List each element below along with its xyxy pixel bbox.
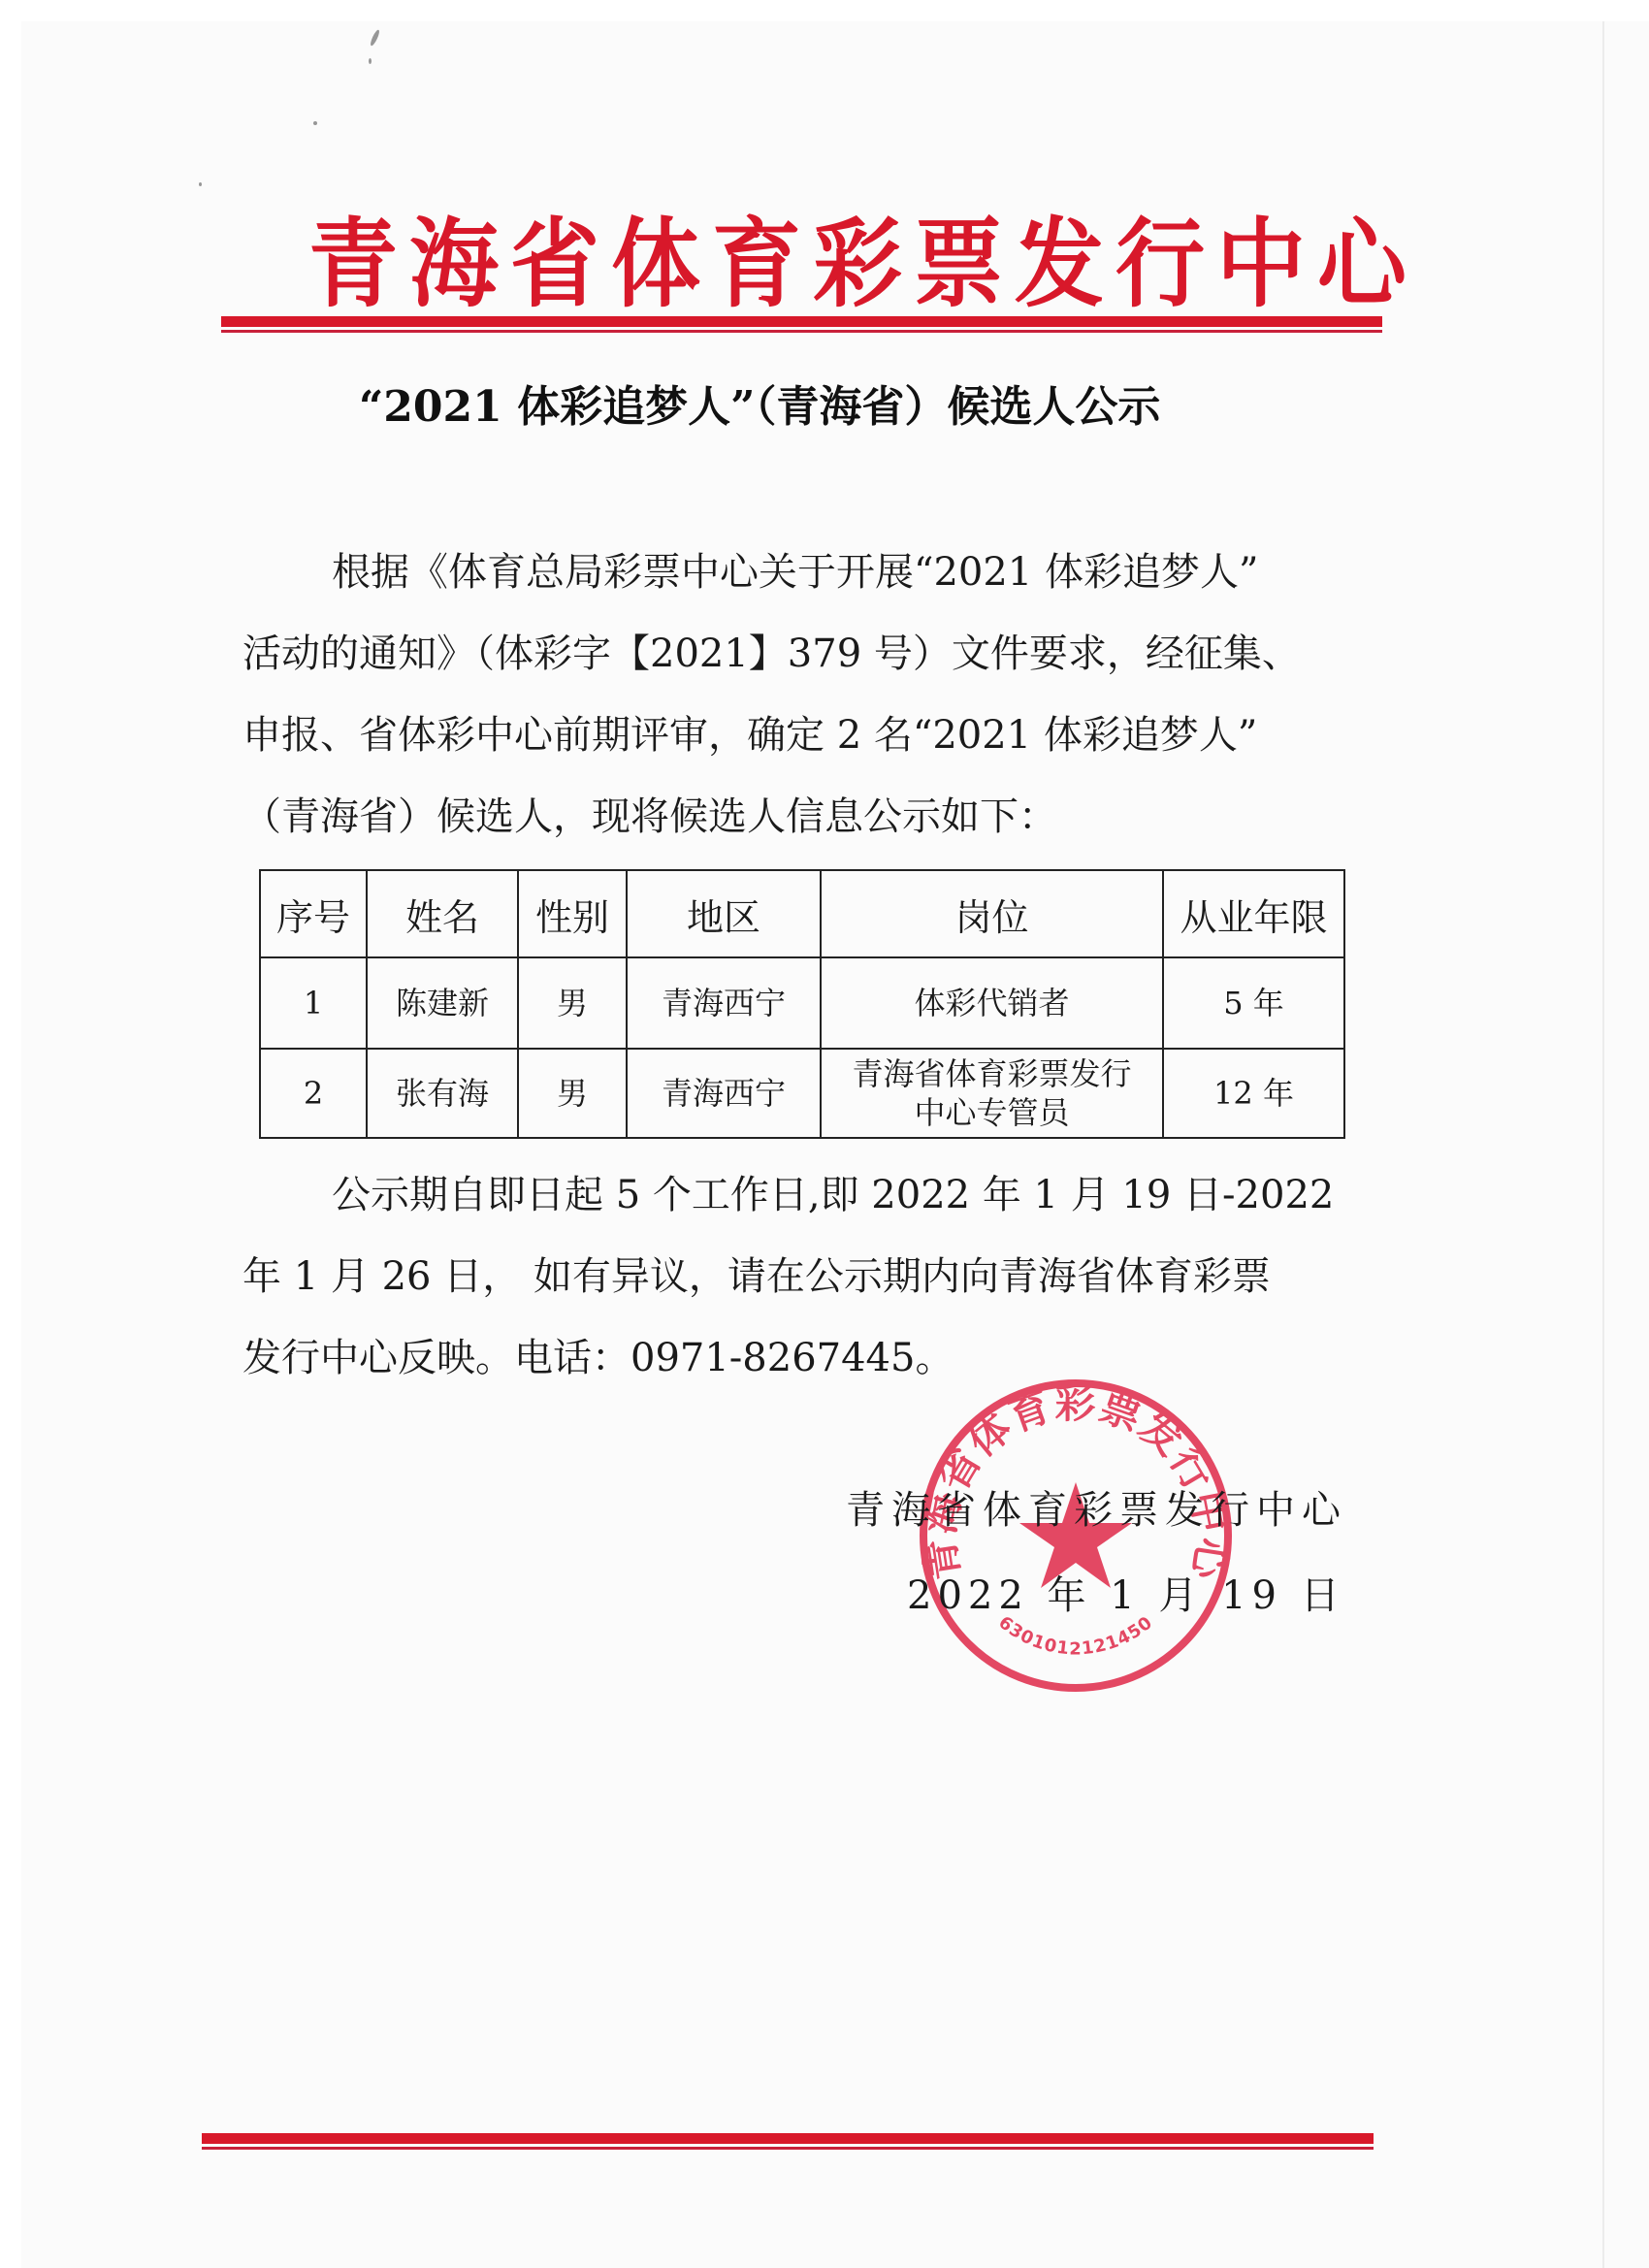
footer-rule-thick [202, 2133, 1374, 2144]
cell-position: 青海省体育彩票发行 中心专管员 [821, 1049, 1163, 1138]
cell-no: 1 [260, 957, 367, 1049]
scan-speck [313, 121, 317, 125]
masthead-rule-thin [221, 330, 1382, 333]
table-row: 2 张有海 男 青海西宁 青海省体育彩票发行 中心专管员 12 年 [260, 1049, 1344, 1138]
cell-region: 青海西宁 [627, 1049, 821, 1138]
cell-position: 体彩代销者 [821, 957, 1163, 1049]
scan-edge-line [1602, 21, 1604, 2268]
cell-gender: 男 [518, 1049, 627, 1138]
cell-name: 张有海 [367, 1049, 518, 1138]
intro-paragraph: 根据《体育总局彩票中心关于开展“2021 体彩追梦人” 活动的通知》（体彩字【2… [242, 532, 1368, 858]
position-line: 体彩代销者 [914, 985, 1069, 1021]
masthead-rule-thick [221, 316, 1382, 327]
closing-paragraph: 公示期自即日起 5 个工作日,即 2022 年 1 月 19 日-2022 年 … [242, 1154, 1368, 1399]
intro-line: 申报、省体彩中心前期评审，确定 2 名“2021 体彩追梦人” [242, 695, 1368, 776]
position-line: 中心专管员 [822, 1093, 1162, 1132]
header-no: 序号 [260, 870, 367, 957]
header-region: 地区 [627, 870, 821, 957]
scan-speck [199, 182, 202, 186]
header-position: 岗位 [821, 870, 1163, 957]
intro-line: 根据《体育总局彩票中心关于开展“2021 体彩追梦人” [242, 532, 1368, 613]
signature-organization: 青海省体育彩票发行中心 [846, 1486, 1347, 1535]
official-seal-stamp: 青海省体育彩票发行中心 6301012121450 [918, 1377, 1234, 1694]
table-row: 1 陈建新 男 青海西宁 体彩代销者 5 年 [260, 957, 1344, 1049]
scanned-page [21, 21, 1649, 2268]
closing-line: 年 1 月 26 日， 如有异议，请在公示期内向青海省体育彩票 [242, 1236, 1368, 1317]
signature-date: 2022 年 1 月 19 日 [907, 1571, 1345, 1620]
header-years: 从业年限 [1163, 870, 1344, 957]
cell-years: 5 年 [1163, 957, 1344, 1049]
cell-years: 12 年 [1163, 1049, 1344, 1138]
intro-line: 活动的通知》（体彩字【2021】379 号）文件要求，经征集、 [242, 613, 1368, 695]
position-line: 青海省体育彩票发行 [822, 1054, 1162, 1093]
masthead-title: 青海省体育彩票发行中心 [308, 202, 1341, 328]
table-header-row: 序号 姓名 性别 地区 岗位 从业年限 [260, 870, 1344, 957]
scan-speck [369, 58, 372, 64]
cell-gender: 男 [518, 957, 627, 1049]
cell-name: 陈建新 [367, 957, 518, 1049]
footer-rule-thin [202, 2147, 1374, 2150]
header-gender: 性别 [518, 870, 627, 957]
closing-line: 公示期自即日起 5 个工作日,即 2022 年 1 月 19 日-2022 [242, 1154, 1368, 1236]
header-name: 姓名 [367, 870, 518, 957]
cell-no: 2 [260, 1049, 367, 1138]
candidates-table: 序号 姓名 性别 地区 岗位 从业年限 1 陈建新 男 青海西宁 体彩代销者 5… [259, 869, 1345, 1139]
intro-line: （青海省）候选人，现将候选人信息公示如下： [242, 776, 1368, 858]
cell-region: 青海西宁 [627, 957, 821, 1049]
document-subtitle: “2021 体彩追梦人”（青海省）候选人公示 [359, 378, 1290, 437]
